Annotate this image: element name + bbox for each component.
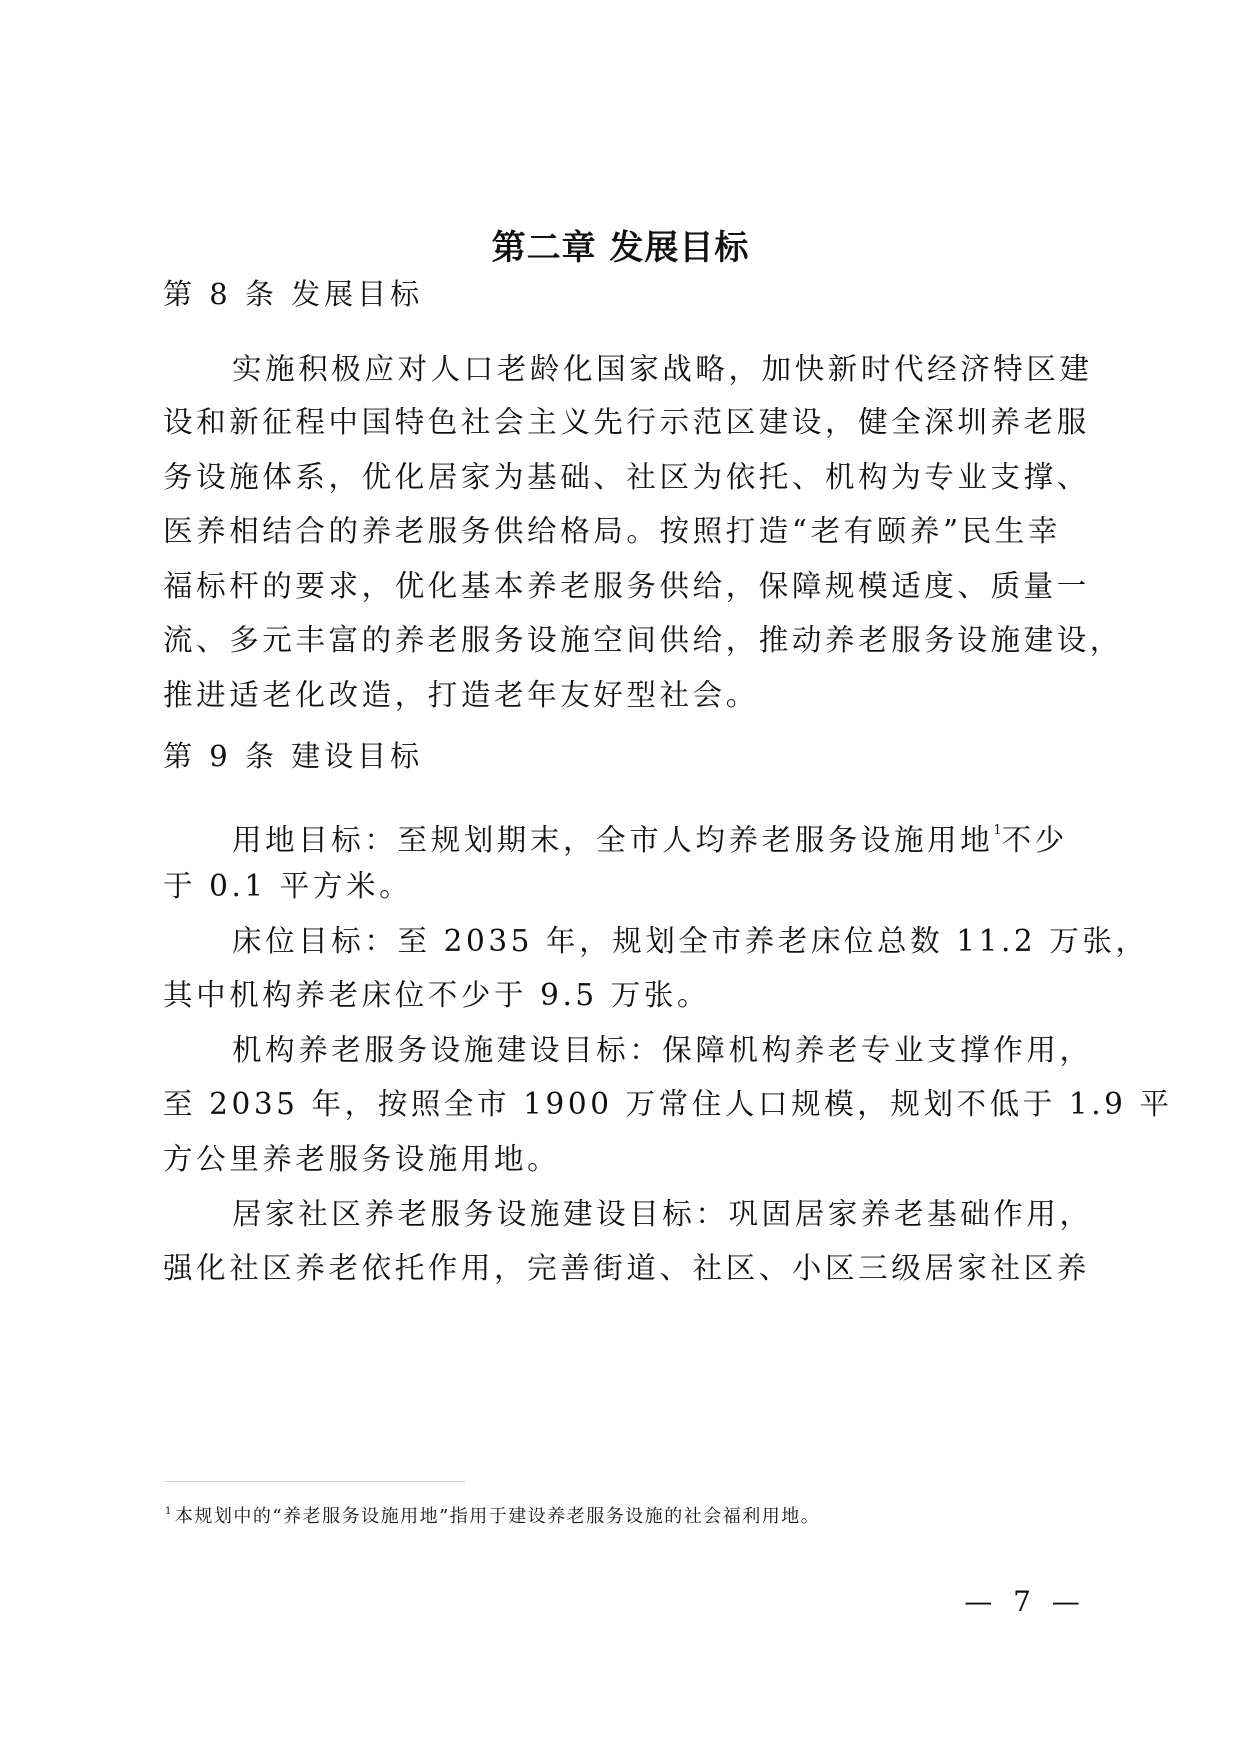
paragraph-line: 医养相结合的养老服务供给格局。按照打造“老有颐养”民生幸 <box>163 513 1078 549</box>
paragraph-line: 床位目标：至 2035 年，规划全市养老床位总数 11.2 万张， <box>232 923 1078 959</box>
document-page: 第二章 发展目标 第 8 条 发展目标 实施积极应对人口老龄化国家战略，加快新时… <box>0 0 1241 1754</box>
article-9-heading: 第 9 条 建设目标 <box>163 738 423 774</box>
footnote-marker: 1 <box>165 1506 173 1517</box>
line-text: 不少 <box>1002 823 1068 857</box>
footnote: 1本规划中的“养老服务设施用地”指用于建设养老服务设施的社会福利用地。 <box>165 1500 820 1529</box>
paragraph-line: 务设施体系，优化居家为基础、社区为依托、机构为专业支撑、 <box>163 459 1078 495</box>
paragraph-line: 强化社区养老依托作用，完善街道、社区、小区三级居家社区养 <box>163 1250 1078 1286</box>
paragraph-line: 福标杆的要求，优化基本养老服务供给，保障规模适度、质量一 <box>163 568 1078 604</box>
footnote-separator <box>165 1481 465 1482</box>
article-8-heading: 第 8 条 发展目标 <box>163 276 423 312</box>
paragraph-line: 至 2035 年，按照全市 1900 万常住人口规模，规划不低于 1.9 平 <box>163 1086 1078 1122</box>
paragraph-line: 流、多元丰富的养老服务设施空间供给，推动养老服务设施建设， <box>163 622 1078 658</box>
paragraph-line: 推进适老化改造，打造老年友好型社会。 <box>163 677 1078 713</box>
line-text: 用地目标：至规划期末，全市人均养老服务设施用地 <box>232 823 993 857</box>
paragraph-line: 实施积极应对人口老龄化国家战略，加快新时代经济特区建 <box>232 351 1078 387</box>
footnote-text: 本规划中的“养老服务设施用地”指用于建设养老服务设施的社会福利用地。 <box>175 1506 820 1527</box>
footnote-ref[interactable]: 1 <box>993 823 1001 838</box>
paragraph-line: 方公里养老服务设施用地。 <box>163 1141 1078 1177</box>
paragraph-line: 用地目标：至规划期末，全市人均养老服务设施用地1不少 <box>232 813 1078 858</box>
paragraph-line: 于 0.1 平方米。 <box>163 868 1078 904</box>
paragraph-line: 机构养老服务设施建设目标：保障机构养老专业支撑作用， <box>232 1032 1078 1068</box>
page-number: — 7 — <box>955 1585 1095 1619</box>
chapter-title: 第二章 发展目标 <box>0 228 1241 268</box>
paragraph-line: 居家社区养老服务设施建设目标：巩固居家养老基础作用， <box>232 1196 1078 1232</box>
paragraph-line: 其中机构养老床位不少于 9.5 万张。 <box>163 977 1078 1013</box>
paragraph-line: 设和新征程中国特色社会主义先行示范区建设，健全深圳养老服 <box>163 404 1078 440</box>
